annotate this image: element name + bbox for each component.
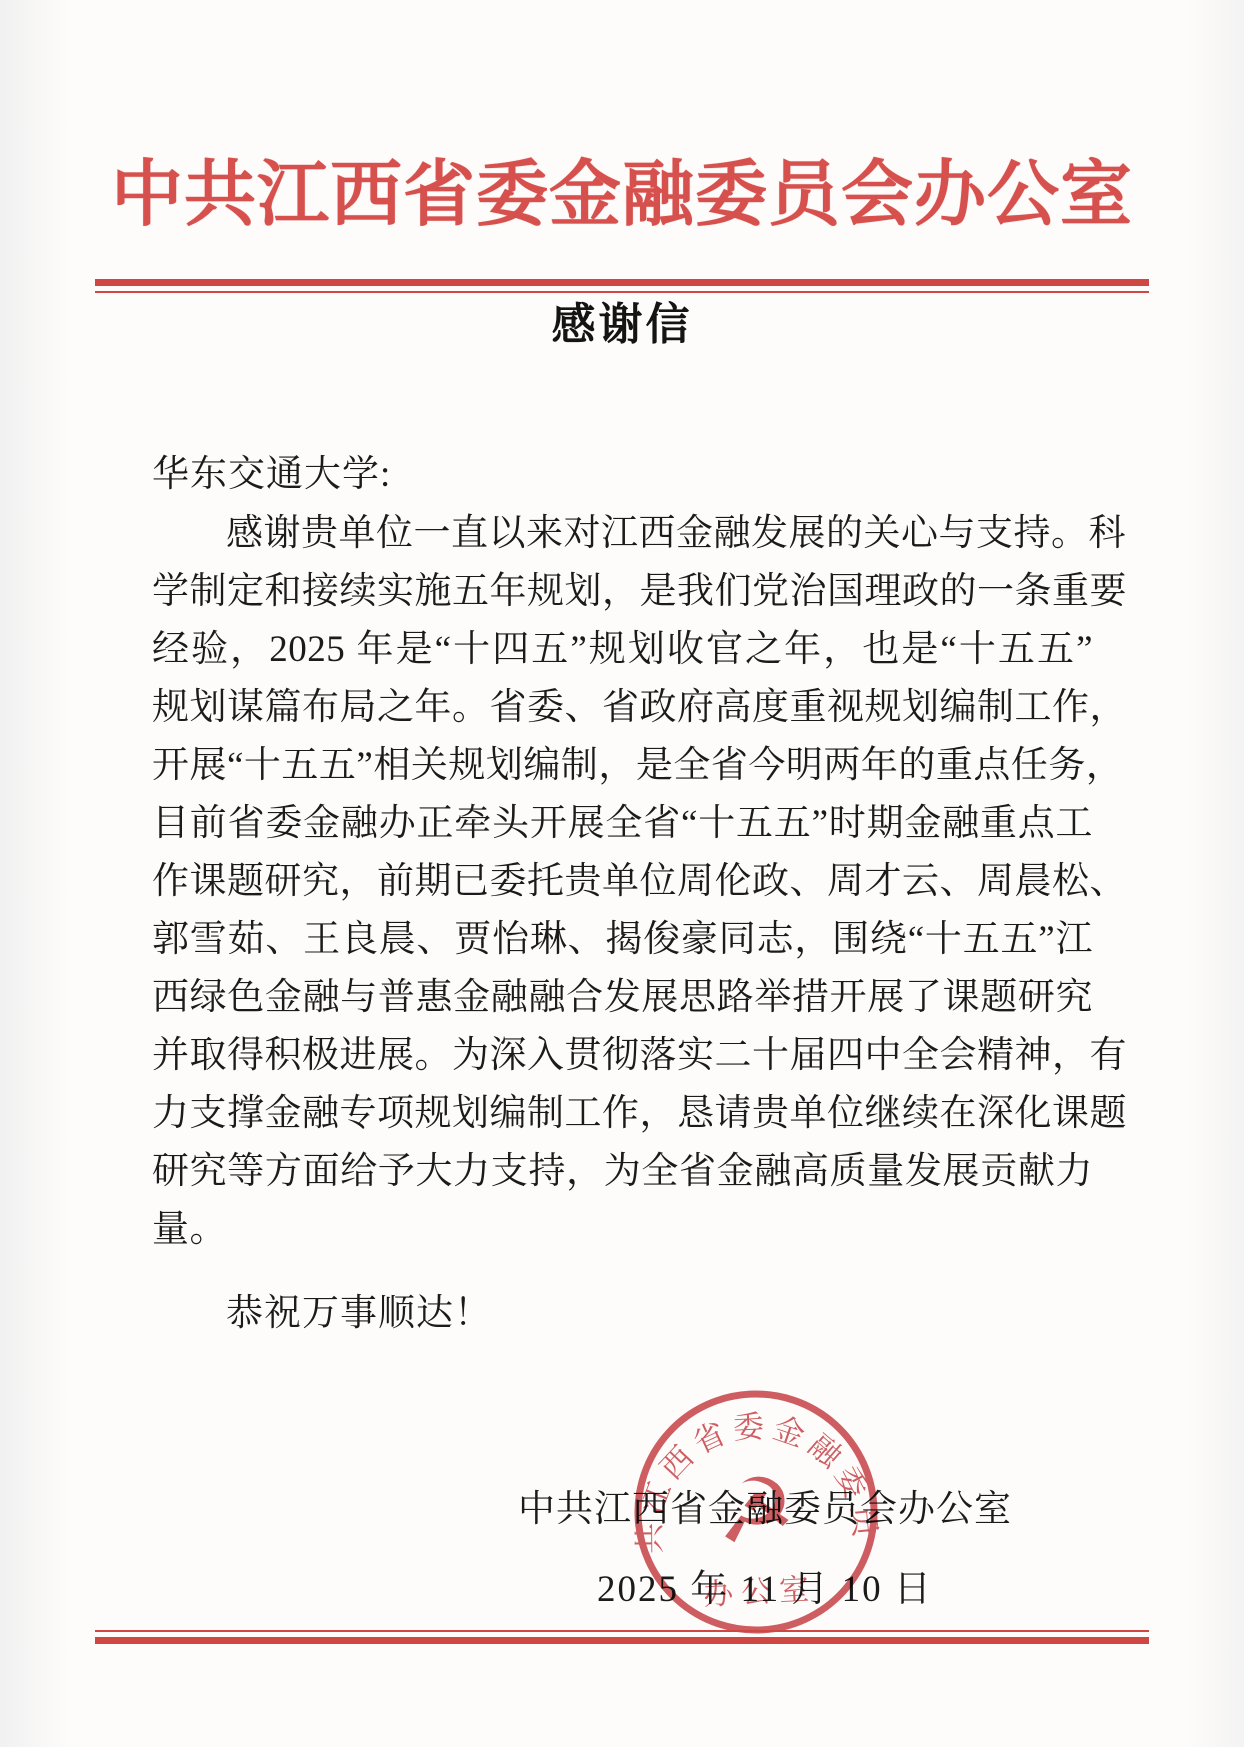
body-line: 规划谋篇布局之年。省委、省政府高度重视规划编制工作， [152, 679, 1093, 737]
body-line: 并取得积极进展。为深入贯彻落实二十届四中全会精神，有 [152, 1027, 1093, 1085]
header-rule-thick [95, 279, 1149, 286]
footer-rule-thin [95, 1630, 1149, 1632]
document-title: 感谢信 [0, 288, 1244, 352]
body-line: 开展“十五五”相关规划编制，是全省今明两年的重点任务， [152, 737, 1093, 795]
body-line: 研究等方面给予大力支持，为全省金融高质量发展贡献力 [152, 1143, 1093, 1201]
signature-block: 中共江西省金融委员会办公室 2025 年 11 月 10 日 [500, 1478, 1030, 1612]
letter-page: 中共江西省委金融委员会办公室 感谢信 华东交通大学: 感谢贵单位一直以来对江西金… [0, 0, 1244, 1747]
salutation: 华东交通大学: [152, 443, 391, 497]
footer-rule-thick [95, 1637, 1149, 1644]
body-line: 作课题研究，前期已委托贵单位周伦政、周才云、周晨松、 [152, 853, 1093, 911]
body-line: 量。 [152, 1201, 1093, 1259]
body-line: 目前省委金融办正牵头开展全省“十五五”时期金融重点工 [152, 795, 1093, 853]
body-line: 学制定和接续实施五年规划，是我们党治国理政的一条重要 [152, 563, 1093, 621]
body-line: 郭雪茹、王良晨、贾怡琳、揭俊豪同志，围绕“十五五”江 [152, 911, 1093, 969]
closing-wish: 恭祝万事顺达！ [226, 1282, 492, 1336]
signature-org-name: 中共江西省金融委员会办公室 [500, 1478, 1030, 1532]
signature-date: 2025 年 11 月 10 日 [500, 1558, 1030, 1612]
letterhead-org-name: 中共江西省委金融委员会办公室 [0, 136, 1244, 240]
letter-body: 感谢贵单位一直以来对江西金融发展的关心与支持。科 学制定和接续实施五年规划，是我… [152, 505, 1093, 1259]
body-line: 西绿色金融与普惠金融融合发展思路举措开展了课题研究 [152, 969, 1093, 1027]
body-line: 力支撑金融专项规划编制工作，恳请贵单位继续在深化课题 [152, 1085, 1093, 1143]
body-line: 经验，2025 年是“十四五”规划收官之年，也是“十五五” [152, 621, 1093, 679]
body-line: 感谢贵单位一直以来对江西金融发展的关心与支持。科 [152, 505, 1093, 563]
